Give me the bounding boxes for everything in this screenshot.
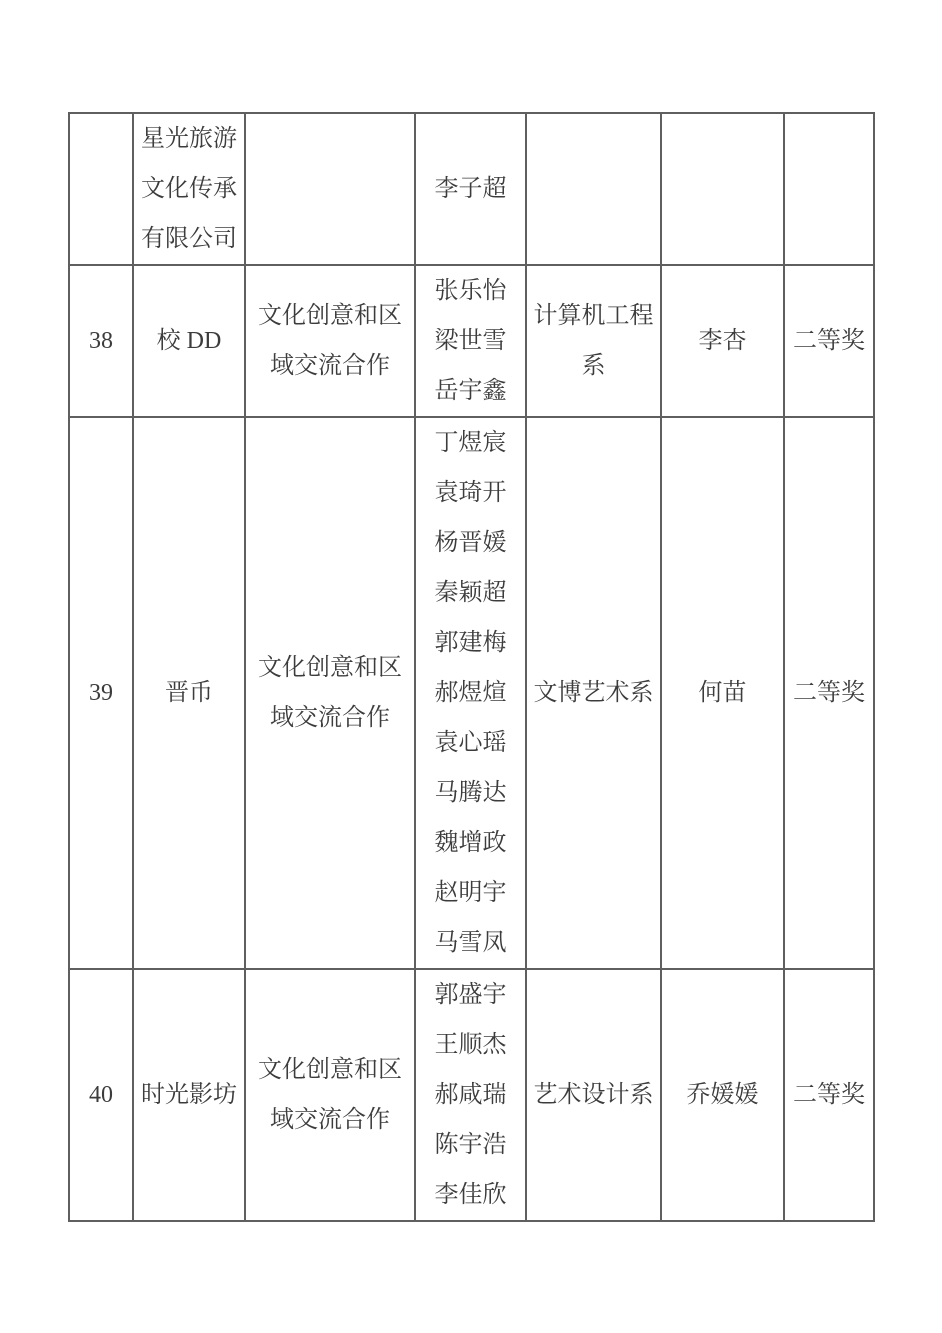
- cell-members-line: 赵明宇: [416, 868, 525, 918]
- cell-advisor: [661, 113, 784, 265]
- cell-members-line: 岳宇鑫: [416, 366, 525, 416]
- cell-members-line: 王顺杰: [416, 1020, 525, 1070]
- cell-members-line: 陈宇浩: [416, 1120, 525, 1170]
- cell-members-line: 魏增政: [416, 818, 525, 868]
- cell-members: 郭盛宇王顺杰郝咸瑞陈宇浩李佳欣: [415, 969, 526, 1221]
- cell-members: 丁煜宸袁琦开杨晋媛秦颖超郭建梅郝煜煊袁心瑶马腾达魏增政赵明宇马雪凤: [415, 417, 526, 969]
- cell-members-line: 李子超: [416, 164, 525, 214]
- cell-project: 校 DD: [133, 265, 245, 417]
- cell-members-line: 梁世雪: [416, 316, 525, 366]
- cell-members-line: 袁心瑶: [416, 718, 525, 768]
- table-row: 39晋币文化创意和区域交流合作丁煜宸袁琦开杨晋媛秦颖超郭建梅郝煜煊袁心瑶马腾达魏…: [69, 417, 874, 969]
- cell-members: 李子超: [415, 113, 526, 265]
- awards-table-body: 星光旅游文化传承有限公司李子超38校 DD文化创意和区域交流合作张乐怡梁世雪岳宇…: [69, 113, 874, 1221]
- cell-category: 文化创意和区域交流合作: [245, 265, 415, 417]
- document-page: 星光旅游文化传承有限公司李子超38校 DD文化创意和区域交流合作张乐怡梁世雪岳宇…: [0, 0, 942, 1333]
- cell-project: 时光影坊: [133, 969, 245, 1221]
- cell-members: 张乐怡梁世雪岳宇鑫: [415, 265, 526, 417]
- cell-members-line: 张乐怡: [416, 266, 525, 316]
- cell-award-line: 二等奖: [785, 668, 873, 718]
- cell-department: 计算机工程系: [526, 265, 661, 417]
- cell-members-line: 郝咸瑞: [416, 1070, 525, 1120]
- cell-number: [69, 113, 133, 265]
- cell-members-line: 马腾达: [416, 768, 525, 818]
- cell-members-line: 杨晋媛: [416, 518, 525, 568]
- cell-project: 晋币: [133, 417, 245, 969]
- cell-department-line: 系: [527, 341, 660, 391]
- cell-advisor-line: 何苗: [662, 668, 783, 718]
- cell-department: 文博艺术系: [526, 417, 661, 969]
- cell-category-line: 域交流合作: [246, 693, 414, 743]
- cell-category-line: 文化创意和区: [246, 291, 414, 341]
- cell-project-line: 时光影坊: [134, 1070, 244, 1120]
- cell-members-line: 李佳欣: [416, 1170, 525, 1220]
- awards-table: 星光旅游文化传承有限公司李子超38校 DD文化创意和区域交流合作张乐怡梁世雪岳宇…: [68, 112, 875, 1222]
- cell-category: [245, 113, 415, 265]
- cell-members-line: 丁煜宸: [416, 418, 525, 468]
- table-row: 星光旅游文化传承有限公司李子超: [69, 113, 874, 265]
- cell-number: 38: [69, 265, 133, 417]
- cell-project-line: 文化传承: [134, 164, 244, 214]
- cell-award: 二等奖: [784, 417, 874, 969]
- cell-department-line: 计算机工程: [527, 291, 660, 341]
- cell-department-line: 文博艺术系: [527, 668, 660, 718]
- cell-number: 39: [69, 417, 133, 969]
- cell-category: 文化创意和区域交流合作: [245, 417, 415, 969]
- cell-members-line: 郭盛宇: [416, 970, 525, 1020]
- cell-category-line: 域交流合作: [246, 1095, 414, 1145]
- cell-award-line: 二等奖: [785, 316, 873, 366]
- cell-award: 二等奖: [784, 265, 874, 417]
- cell-advisor-line: 乔媛媛: [662, 1070, 783, 1120]
- cell-number-line: 39: [70, 668, 132, 718]
- cell-advisor: 李杏: [661, 265, 784, 417]
- cell-category-line: 文化创意和区: [246, 1045, 414, 1095]
- cell-project-line: 星光旅游: [134, 114, 244, 164]
- cell-members-line: 马雪凤: [416, 918, 525, 968]
- cell-category-line: 文化创意和区: [246, 643, 414, 693]
- cell-award-line: 二等奖: [785, 1070, 873, 1120]
- cell-award: 二等奖: [784, 969, 874, 1221]
- cell-project-line: 校 DD: [134, 316, 244, 366]
- cell-members-line: 袁琦开: [416, 468, 525, 518]
- cell-advisor: 乔媛媛: [661, 969, 784, 1221]
- cell-category-line: 域交流合作: [246, 341, 414, 391]
- cell-category: 文化创意和区域交流合作: [245, 969, 415, 1221]
- cell-advisor: 何苗: [661, 417, 784, 969]
- cell-department: 艺术设计系: [526, 969, 661, 1221]
- cell-members-line: 郝煜煊: [416, 668, 525, 718]
- cell-project-line: 有限公司: [134, 214, 244, 264]
- table-row: 38校 DD文化创意和区域交流合作张乐怡梁世雪岳宇鑫计算机工程系李杏二等奖: [69, 265, 874, 417]
- cell-project-line: 晋币: [134, 668, 244, 718]
- cell-members-line: 郭建梅: [416, 618, 525, 668]
- cell-number-line: 38: [70, 316, 132, 366]
- cell-number: 40: [69, 969, 133, 1221]
- cell-number-line: 40: [70, 1070, 132, 1120]
- cell-department-line: 艺术设计系: [527, 1070, 660, 1120]
- cell-department: [526, 113, 661, 265]
- cell-members-line: 秦颖超: [416, 568, 525, 618]
- cell-award: [784, 113, 874, 265]
- table-row: 40时光影坊文化创意和区域交流合作郭盛宇王顺杰郝咸瑞陈宇浩李佳欣艺术设计系乔媛媛…: [69, 969, 874, 1221]
- cell-advisor-line: 李杏: [662, 316, 783, 366]
- cell-project: 星光旅游文化传承有限公司: [133, 113, 245, 265]
